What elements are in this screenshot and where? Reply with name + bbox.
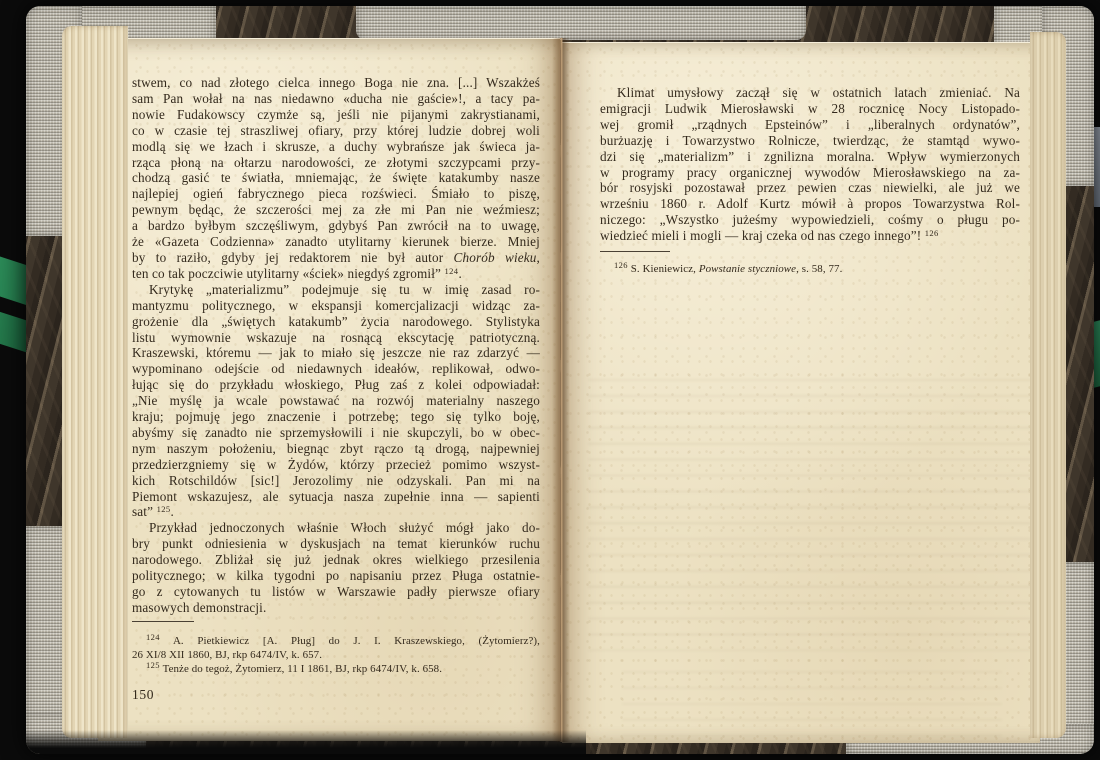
text-line: sam Pan wołał na nas niedawno «ducha nie… <box>132 91 540 107</box>
bottom-shadow <box>26 730 586 754</box>
left-page-footnotes: 124 A. Pietkiewicz [A. Pług] do J. I. Kr… <box>132 635 540 676</box>
gutter-shadow <box>552 38 570 742</box>
text-line: najlepiej ogień fabrycznego pieca rozświ… <box>132 186 540 202</box>
left-page: stwem, co nad złotego cielca innego Boga… <box>98 38 560 741</box>
text-line: Krytykę „materializmu” podejmuje się tu … <box>132 282 540 298</box>
open-book: stwem, co nad złotego cielca innego Boga… <box>26 6 1094 754</box>
text-line: Kraszewski, któremu — jak to miało się j… <box>132 345 540 361</box>
text-line: listu wymownie wskazuje na rosnącą ekscy… <box>132 330 540 346</box>
paragraph: 124 A. Pietkiewicz [A. Pług] do J. I. Kr… <box>132 635 540 663</box>
text-line: 124 A. Pietkiewicz [A. Pług] do J. I. Kr… <box>132 635 540 649</box>
showthrough-footnote-ghost <box>622 671 1002 741</box>
text-line: narodowego. Zbliżał się już jednak okres… <box>132 552 540 568</box>
footnote-separator-left <box>132 621 194 622</box>
text-line: wypominano odejście od niedawnych ideałó… <box>132 361 540 377</box>
text-line: 126 S. Kieniewicz, Powstanie styczniowe,… <box>600 263 1020 277</box>
right-page: Klimat umysłowy zaczął się w ostatnich l… <box>562 42 1040 743</box>
text-line: by to raziło, gdyby jej redaktorem nie b… <box>132 250 540 266</box>
text-line: burżuazję i Towarzystwo Rolnicze, twierd… <box>600 133 1020 149</box>
right-page-footnotes: 126 S. Kieniewicz, Powstanie styczniowe,… <box>600 263 1020 277</box>
text-line: stwem, co nad złotego cielca innego Boga… <box>132 75 540 91</box>
page-edges-right <box>1030 32 1066 738</box>
text-line: Klimat umysłowy zaczął się w ostatnich l… <box>600 85 1020 101</box>
paragraph: Krytykę „materializmu” podejmuje się tu … <box>132 282 540 521</box>
text-line: łując się do przykładu włoskiego, Pług z… <box>132 377 540 393</box>
text-line: „Nie myślę ja wcale powstawać na rozwój … <box>132 393 540 409</box>
text-line: modlą się we łzach i skrusze, a duchy wy… <box>132 139 540 155</box>
text-line: masowych demonstracji. <box>132 600 540 616</box>
text-line: go z cytowanych tu listów w Warszawie pa… <box>132 584 540 600</box>
paragraph: Klimat umysłowy zaczął się w ostatnich l… <box>600 85 1020 244</box>
text-line: dzi się „materializm” i zgnilizna moraln… <box>600 149 1020 165</box>
text-line: pewnym będąc, że szczerości mej za złe m… <box>132 202 540 218</box>
text-line: bór rosyjski pozostawał przez pewien cza… <box>600 180 1020 196</box>
text-line: chodzą gasić te światła, mniemając, że ś… <box>132 170 540 186</box>
text-line: wrześniu 1860 r. Adolf Kurtz mówił à pro… <box>600 196 1020 212</box>
text-line: sat” 125. <box>132 504 540 520</box>
text-line: że «Gazeta Codzienna» zanadto utylitarny… <box>132 234 540 250</box>
text-line: mantyzmu politycznego, w ekspansji komer… <box>132 298 540 314</box>
footnote-separator-right <box>600 251 670 252</box>
text-line: wej gromił „rządnych Epsteinów” i „liber… <box>600 117 1020 133</box>
text-line: kich Rotschildów [sic!] Jerozolimy nie o… <box>132 473 540 489</box>
text-line: abyśmy się zanadto nie sprzemysłowili i … <box>132 425 540 441</box>
text-line: bry punkt odniesienia w dyskusjach na te… <box>132 536 540 552</box>
showthrough-text-ghost <box>588 379 1032 651</box>
text-line: nowie Fudakowscy czymże są, jeśli nie pi… <box>132 107 540 123</box>
text-line: 26 XI/8 XII 1860, BJ, rkp 6474/IV, k. 65… <box>132 649 540 663</box>
text-line: ten co tak poczciwie utylitarny «ściek» … <box>132 266 540 282</box>
text-line: wiedzieć mieli i mogli — kraj czeka od n… <box>600 228 1020 244</box>
text-line: niczego: „Wszystko jużeśmy wypowiedzieli… <box>600 212 1020 228</box>
text-line: kraju; pojmuję jego znaczenie i potrzebę… <box>132 409 540 425</box>
text-line: Przykład jednoczonych właśnie Włoch służ… <box>132 520 540 536</box>
page-edges-left <box>62 26 128 738</box>
text-line: 125 Tenże do tegoż, Żytomierz, 11 I 1861… <box>132 663 540 677</box>
text-line: rząca płoną na ołtarzu narodowości, ze z… <box>132 155 540 171</box>
paragraph: Przykład jednoczonych właśnie Włoch służ… <box>132 520 540 615</box>
text-line: co w czasie tej straszliwej ofiary, przy… <box>132 123 540 139</box>
text-line: przedzierzgniemy się w Żydów, którzy prz… <box>132 457 540 473</box>
cloth-spine-head <box>356 6 806 40</box>
text-line: nym naszym położeniu, biegnąc zbyt rączo… <box>132 441 540 457</box>
text-line: politycznego; w kilka tygodni po napisan… <box>132 568 540 584</box>
text-line: emigracji Ludwik Mierosławski w 28 roczn… <box>600 101 1020 117</box>
left-page-text: stwem, co nad złotego cielca innego Boga… <box>132 75 540 616</box>
paragraph: 125 Tenże do tegoż, Żytomierz, 11 I 1861… <box>132 663 540 677</box>
text-line: Piemont wskazujesz, ale sytuacja nasza z… <box>132 489 540 505</box>
paragraph: stwem, co nad złotego cielca innego Boga… <box>132 75 540 282</box>
paragraph: 126 S. Kieniewicz, Powstanie styczniowe,… <box>600 263 1020 277</box>
right-page-text: Klimat umysłowy zaczął się w ostatnich l… <box>600 85 1020 244</box>
photo-background: stwem, co nad złotego cielca innego Boga… <box>0 0 1100 760</box>
text-line: grożenie dla „świętych katakumb” życia n… <box>132 314 540 330</box>
page-number: 150 <box>132 687 154 703</box>
text-line: a bardzo byłbym szczęśliwym, gdybyś Pan … <box>132 218 540 234</box>
text-line: w programy pracy organicznej wywodów Mie… <box>600 165 1020 181</box>
